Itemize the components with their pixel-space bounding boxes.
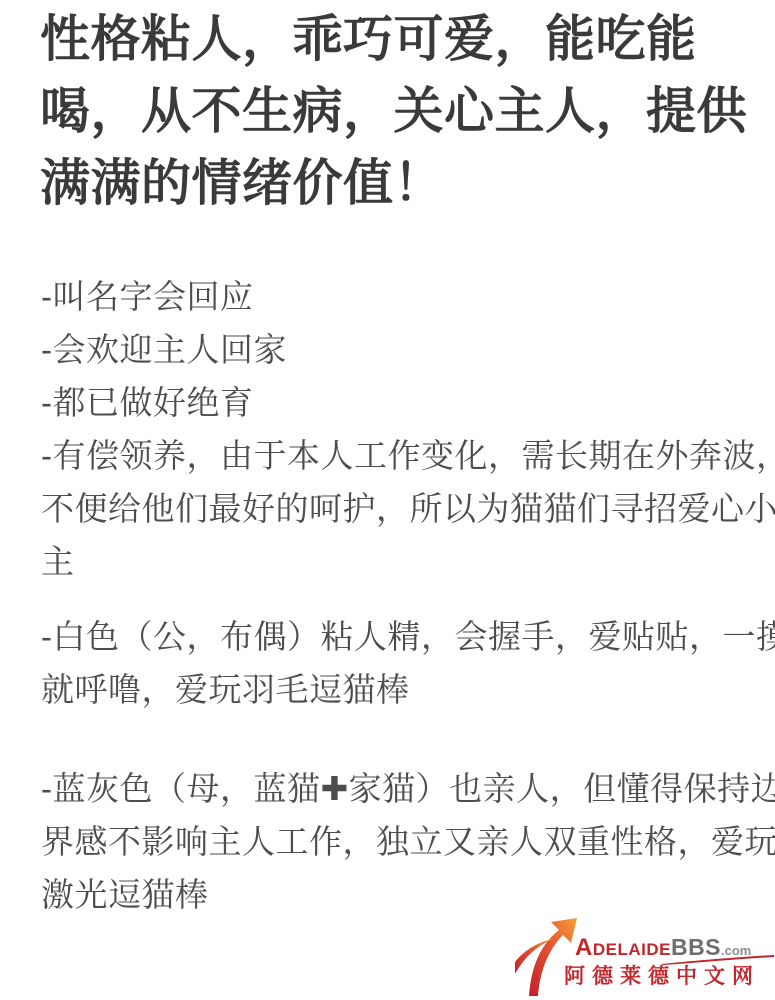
post-page: { "page": { "background": "#ffffff", "ti…: [0, 0, 775, 1000]
paragraph-white-cat: -白色（公，布偶）粘人精，会握手，爱贴贴，一摸就呼噜，爱玩羽毛逗猫棒: [41, 610, 775, 716]
paragraph-cat-features: -叫名字会回应-会欢迎主人回家-都已做好绝育-有偿领养，由于本人工作变化，需长期…: [41, 270, 775, 588]
adelaidebbs-watermark-logo: AdelaideBBS.com 阿德莱德中文网: [513, 916, 775, 1000]
logo-chinese-name: 阿德莱德中文网: [564, 960, 760, 990]
logo-brand-adelaide: Adelaide: [575, 934, 671, 961]
paragraph-blue-grey-cat: -蓝灰色（母，蓝猫✚家猫）也亲人，但懂得保持边界感不影响主人工作，独立又亲人双重…: [41, 762, 775, 921]
post-title: 性格粘人，乖巧可爱，能吃能喝，从不生病，关心主人，提供满满的情绪价值！: [40, 3, 747, 219]
